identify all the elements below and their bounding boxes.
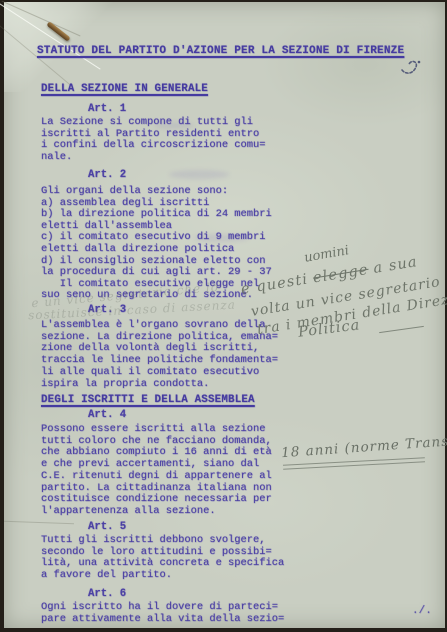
pencil-text: a sua [372, 254, 419, 277]
article-5-label: Art. 5 [88, 521, 126, 533]
section-heading-general: DELLA SEZIONE IN GENERALE [41, 83, 208, 95]
pencil-struck-word: elegge [312, 262, 370, 287]
article-5-text: Tutti gli iscritti debbono svolgere, sec… [41, 535, 284, 582]
section-heading-members: DEGLI ISCRITTI E DELLA ASSEMBLEA [41, 394, 255, 406]
article-6-label: Art. 6 [88, 588, 126, 600]
fold-crease-line [2, 1, 81, 37]
carbon-smudge [169, 170, 229, 179]
article-6-text: Ogni iscritto ha il dovere di parteci= p… [41, 602, 284, 625]
document-title: STATUTO DEL PARTITO D'AZIONE PER LA SEZI… [37, 45, 404, 57]
staple [46, 21, 70, 42]
article-1-text: La Sezione si compone di tutti gli iscri… [41, 117, 265, 164]
fold-crease-line [0, 3, 101, 69]
continuation-mark: ./. [412, 605, 432, 617]
article-4-text: Possono essere iscritti alla sezione tut… [41, 424, 272, 518]
article-4-label: Art. 4 [88, 409, 126, 421]
photo-background: STATUTO DEL PARTITO D'AZIONE PER LA SEZI… [0, 0, 447, 632]
article-3-text: L'assemblea è l'organo sovrano della sez… [41, 320, 278, 390]
article-2-label: Art. 2 [88, 169, 126, 181]
paper-crease [4, 521, 74, 524]
pencil-annotation-inserted-word: uomini [303, 243, 350, 266]
document-page: STATUTO DEL PARTITO D'AZIONE PER LA SEZI… [4, 2, 445, 628]
pencil-flourish-dash [379, 326, 424, 333]
article-1-label: Art. 1 [88, 103, 126, 115]
